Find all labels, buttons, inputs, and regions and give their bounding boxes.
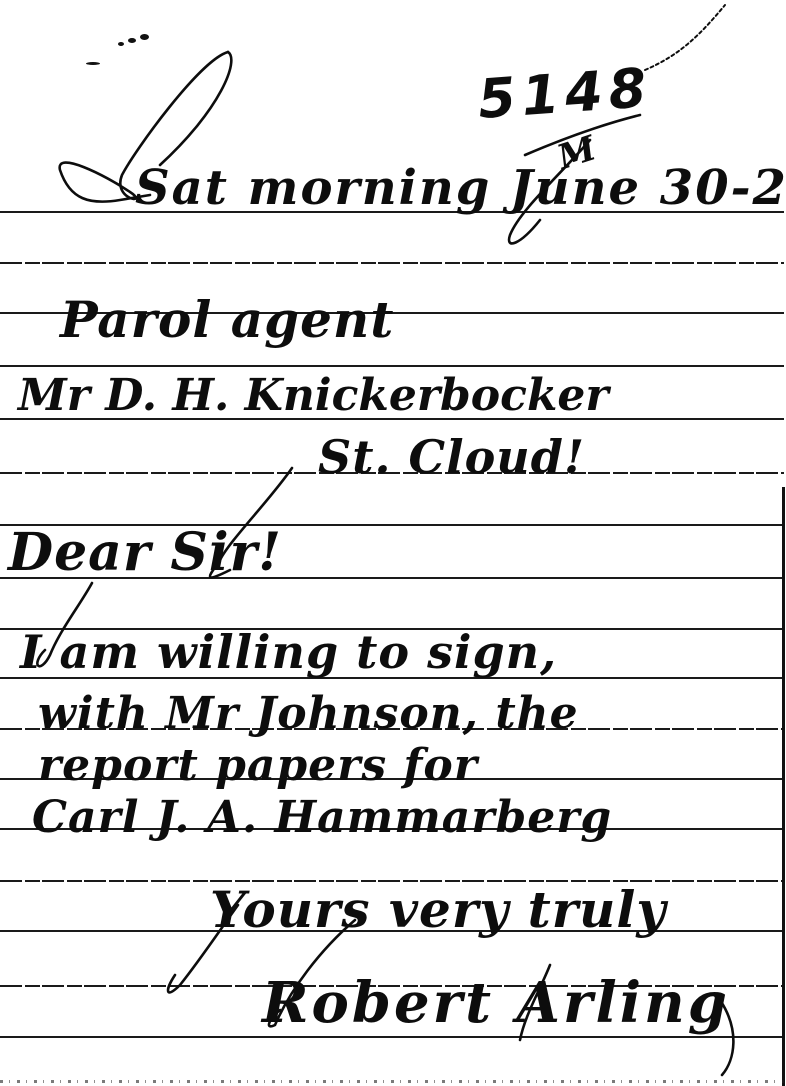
body-line: with Mr Johnson, the <box>38 688 579 739</box>
scan-noise <box>0 1080 784 1083</box>
ruled-line <box>0 262 784 264</box>
ink-speck <box>140 34 149 40</box>
body-line: I am willing to sign, <box>20 625 557 679</box>
salutation: Dear Sir! <box>8 522 282 583</box>
body-line: Carl J. A. Hammarberg <box>32 792 612 843</box>
addressee-name: Mr D. H. Knickerbocker <box>18 370 609 421</box>
dateline: Sat morning June 30-22 <box>135 160 786 216</box>
addressee-city: St. Cloud! <box>318 430 585 484</box>
page-edge-line <box>782 487 785 1086</box>
ruled-line <box>0 365 784 367</box>
ruled-line <box>0 1036 784 1038</box>
addressee-title: Parol agent <box>60 290 394 349</box>
ink-speck <box>118 42 124 46</box>
closing: Yours very truly <box>210 880 666 939</box>
ink-speck <box>86 62 100 65</box>
ink-speck <box>128 38 136 43</box>
letter-page: 5148 M Sat morning June 30-22 Parol agen… <box>0 0 786 1086</box>
body-line: report papers for <box>38 740 478 791</box>
signature: Robert Arling <box>262 970 730 1036</box>
reference-number: 5148 <box>476 56 654 131</box>
